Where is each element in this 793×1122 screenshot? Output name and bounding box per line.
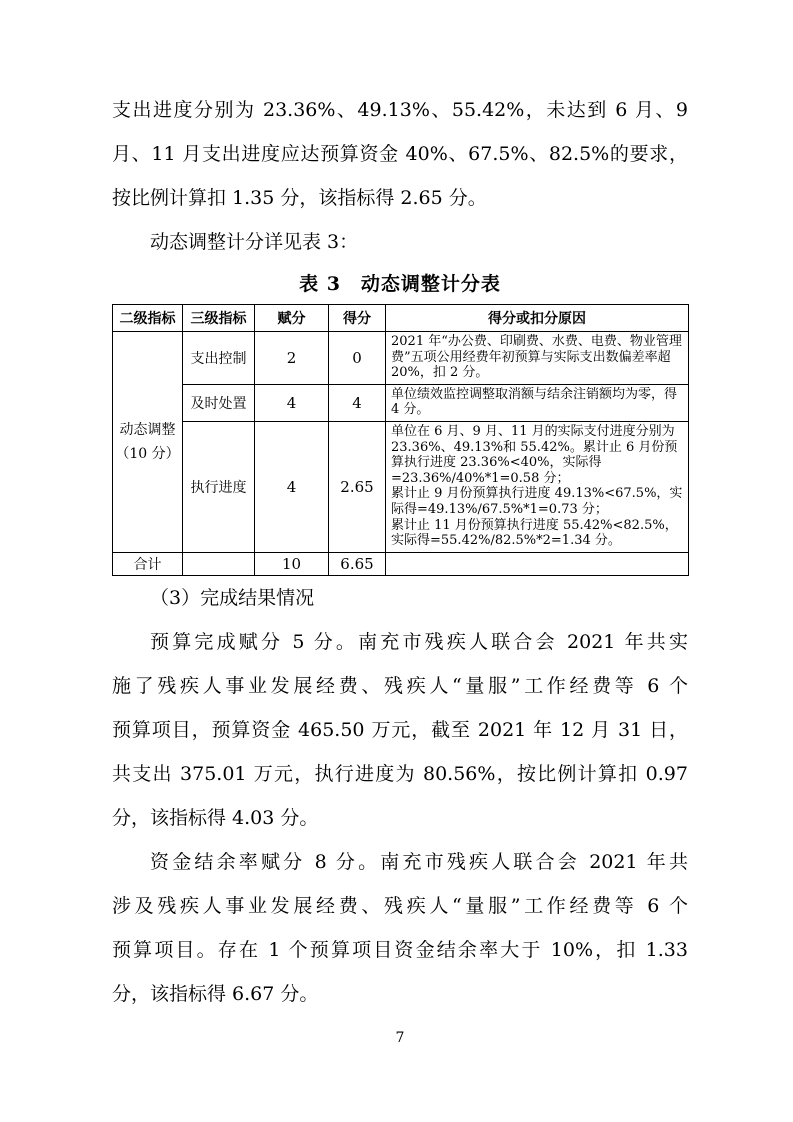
indicator-cell: 及时处置: [183, 384, 255, 421]
header-tertiary-indicator: 三级指标: [183, 305, 255, 332]
header-assigned-score: 赋分: [255, 305, 329, 332]
total-indicator-cell: [183, 552, 255, 575]
score-cell: 4: [329, 384, 386, 421]
group-label-cell: 动态调整（10 分）: [113, 332, 183, 553]
table-row: 及时处置 4 4 单位绩效监控调整取消额与结余注销额均为零，得 4 分。: [113, 384, 689, 421]
reason-cell: 单位绩效监控调整取消额与结余注销额均为零，得 4 分。: [386, 384, 689, 421]
table-row: 动态调整（10 分） 支出控制 2 0 2021 年“办公费、印刷费、水费、电费…: [113, 332, 689, 385]
text-line: 涉及残疾人事业发展经费、残疾人“量服”工作经费等 6 个: [112, 884, 688, 928]
weight-cell: 4: [255, 421, 329, 552]
text-line: 分，该指标得 6.67 分。: [112, 972, 688, 1016]
dynamic-adjustment-score-table: 二级指标 三级指标 赋分 得分 得分或扣分原因 动态调整（10 分） 支出控制 …: [112, 304, 689, 576]
text-line: 施了残疾人事业发展经费、残疾人“量服”工作经费等 6 个: [112, 664, 688, 708]
text-line: 分，该指标得 4.03 分。: [112, 796, 688, 840]
document-content: 支出进度分别为 23.36%、49.13%、55.42%，未达到 6 月、9月、…: [112, 88, 688, 1048]
text-line: =23.36%/40%*1=0.58 分；: [391, 471, 684, 487]
text-line: 单位在 6 月、9 月、11 月的实际支付进度分别为 23.36%、49.13%…: [391, 424, 684, 471]
total-weight-cell: 10: [255, 552, 329, 575]
text-line: 预算完成赋分 5 分。南充市残疾人联合会 2021 年共实: [112, 620, 688, 664]
indicator-cell: 执行进度: [183, 421, 255, 552]
text-line: 共支出 375.01 万元，执行进度为 80.56%，按比例计算扣 0.97: [112, 752, 688, 796]
text-line: 预算项目。存在 1 个预算项目资金结余率大于 10%，扣 1.33: [112, 928, 688, 972]
paragraph-table-reference: 动态调整计分详见表 3：: [112, 220, 688, 264]
paragraph-expense-progress: 支出进度分别为 23.36%、49.13%、55.42%，未达到 6 月、9月、…: [112, 88, 688, 220]
text-line: 预算项目，预算资金 465.50 万元，截至 2021 年 12 月 31 日，: [112, 708, 688, 752]
reason-cell: 单位在 6 月、9 月、11 月的实际支付进度分别为 23.36%、49.13%…: [386, 421, 689, 552]
reason-cell: 2021 年“办公费、印刷费、水费、电费、物业管理费”五项公用经费年初预算与实际…: [386, 332, 689, 385]
total-reason-cell: [386, 552, 689, 575]
weight-cell: 2: [255, 332, 329, 385]
score-cell: 2.65: [329, 421, 386, 552]
document-page: 支出进度分别为 23.36%、49.13%、55.42%，未达到 6 月、9月、…: [0, 0, 793, 1122]
total-score-cell: 6.65: [329, 552, 386, 575]
weight-cell: 4: [255, 384, 329, 421]
paragraph-budget-completion: 预算完成赋分 5 分。南充市残疾人联合会 2021 年共实施了残疾人事业发展经费…: [112, 620, 688, 840]
header-secondary-indicator: 二级指标: [113, 305, 183, 332]
text-line: 2021 年“办公费、印刷费、水费、电费、物业管理费”五项公用经费年初预算与实际…: [391, 334, 684, 381]
score-cell: 0: [329, 332, 386, 385]
table-caption: 表 3 动态调整计分表: [112, 265, 688, 303]
total-label-cell: 合计: [113, 552, 183, 575]
header-reason: 得分或扣分原因: [386, 305, 689, 332]
indicator-cell: 支出控制: [183, 332, 255, 385]
table-header-row: 二级指标 三级指标 赋分 得分 得分或扣分原因: [113, 305, 689, 332]
text-line: 支出进度分别为 23.36%、49.13%、55.42%，未达到 6 月、9: [112, 88, 688, 132]
text-line: （10 分）: [114, 442, 181, 466]
text-line: 按比例计算扣 1.35 分，该指标得 2.65 分。: [112, 176, 688, 220]
text-line: 资金结余率赋分 8 分。南充市残疾人联合会 2021 年共: [112, 840, 688, 884]
text-line: 月、11 月支出进度应达预算资金 40%、67.5%、82.5%的要求，: [112, 132, 688, 176]
table-total-row: 合计 10 6.65: [113, 552, 689, 575]
paragraph-fund-balance-rate: 资金结余率赋分 8 分。南充市残疾人联合会 2021 年共涉及残疾人事业发展经费…: [112, 840, 688, 1016]
text-line: 单位绩效监控调整取消额与结余注销额均为零，得 4 分。: [391, 387, 684, 418]
page-number: 7: [112, 1028, 688, 1048]
text-line: 动态调整: [114, 418, 181, 442]
text-line: 累计止 11 月份预算执行进度 55.42%<82.5%，实际得=55.42%/…: [391, 518, 684, 549]
table-row: 执行进度 4 2.65 单位在 6 月、9 月、11 月的实际支付进度分别为 2…: [113, 421, 689, 552]
text-line: 累计止 9 月份预算执行进度 49.13%<67.5%，实际得=49.13%/6…: [391, 486, 684, 517]
section-heading-completion-results: （3）完成结果情况: [112, 576, 688, 620]
header-obtained-score: 得分: [329, 305, 386, 332]
